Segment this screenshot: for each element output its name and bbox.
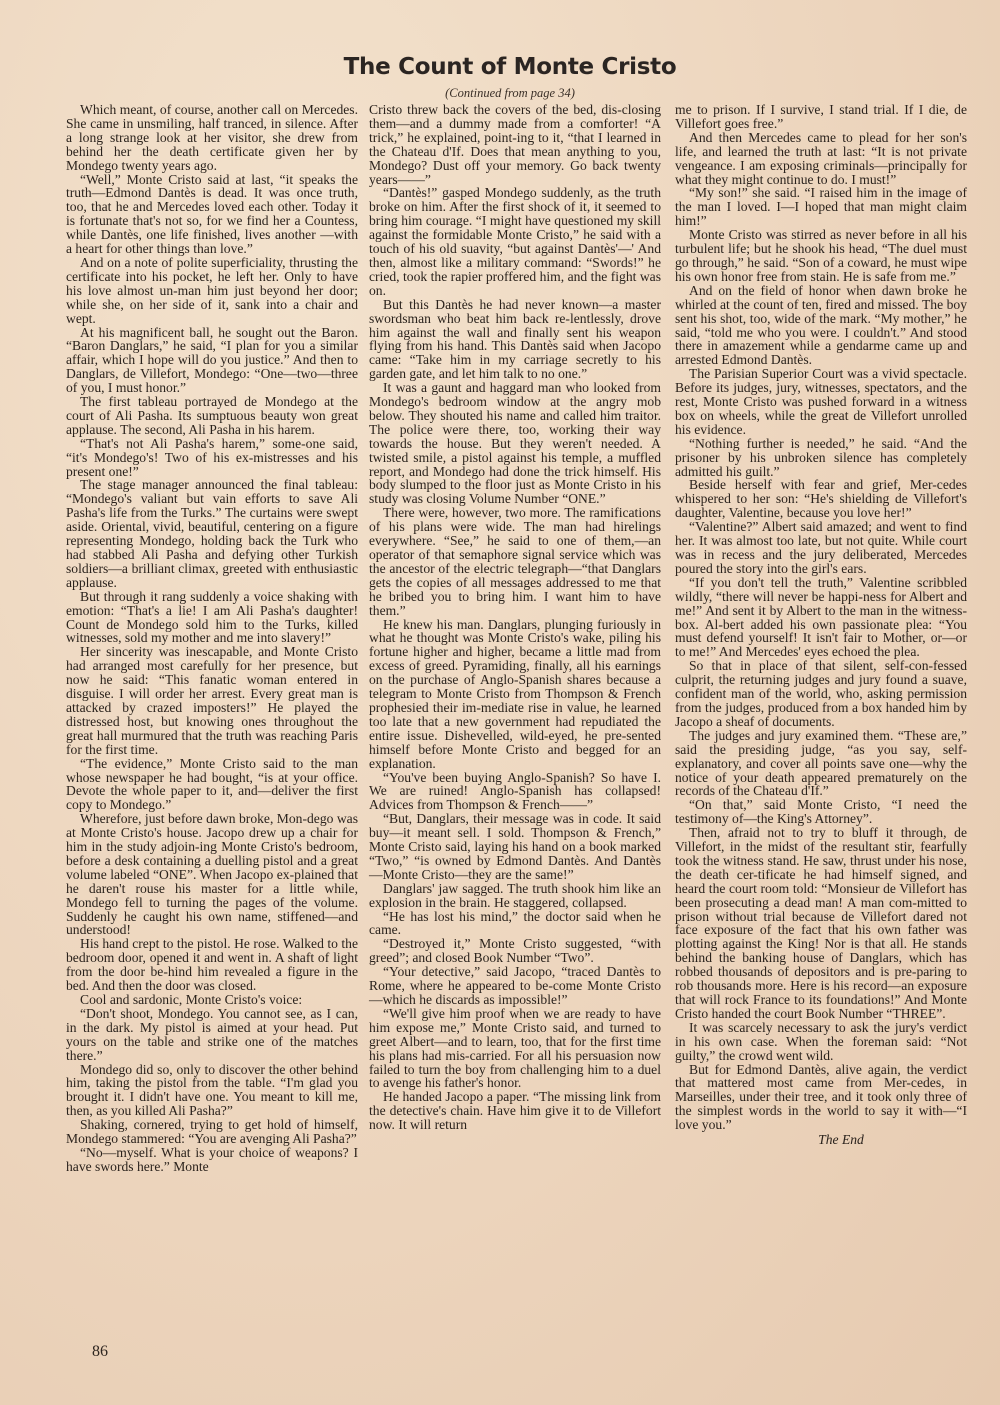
article-title: The Count of Monte Cristo	[340, 54, 680, 80]
column-middle: Cristo threw back the covers of the bed,…	[369, 103, 661, 1132]
column-left: Which meant, of course, another call on …	[66, 103, 358, 1174]
paragraph: “He has lost his mind,” the doctor said …	[369, 910, 661, 938]
paragraph: “We'll give him proof when we are ready …	[369, 1007, 661, 1090]
paragraph: His hand crept to the pistol. He rose. W…	[66, 937, 358, 993]
paragraph: Beside herself with fear and grief, Mer-…	[675, 478, 967, 520]
paragraph: “Valentine?” Albert said amazed; and wen…	[675, 520, 967, 576]
paragraph: “If you don't tell the truth,” Valentine…	[675, 576, 967, 659]
magazine-page: The Count of Monte Cristo (Continued fro…	[0, 0, 1000, 1405]
paragraph: There were, however, two more. The ramif…	[369, 506, 661, 617]
paragraph: He knew his man. Danglars, plunging furi…	[369, 618, 661, 771]
paragraph: Cristo threw back the covers of the bed,…	[369, 103, 661, 186]
paragraph: At his magnificent ball, he sought out t…	[66, 326, 358, 396]
paragraph: The stage manager announced the final ta…	[66, 478, 358, 589]
paragraph: So that in place of that silent, self-co…	[675, 659, 967, 729]
paragraph: But for Edmond Dantès, alive again, the …	[675, 1063, 967, 1133]
paragraph: “No—myself. What is your choice of weapo…	[66, 1146, 358, 1174]
paragraph: Danglars' jaw sagged. The truth shook hi…	[369, 882, 661, 910]
paragraph: “But, Danglars, their message was in cod…	[369, 812, 661, 882]
paragraph: And on the field of honor when dawn brok…	[675, 284, 967, 367]
paragraph: Then, afraid not to try to bluff it thro…	[675, 826, 967, 1021]
page-number: 86	[92, 1343, 108, 1361]
paragraph: But through it rang suddenly a voice sha…	[66, 590, 358, 646]
paragraph: Which meant, of course, another call on …	[66, 103, 358, 173]
paragraph: And then Mercedes came to plead for her …	[675, 131, 967, 187]
paragraph: He handed Jacopo a paper. “The missing l…	[369, 1090, 661, 1132]
paragraph: “You've been buying Anglo-Spanish? So ha…	[369, 771, 661, 813]
paragraph: “That's not Ali Pasha's harem,” some-one…	[66, 437, 358, 479]
paragraph: “Your detective,” said Jacopo, “traced D…	[369, 965, 661, 1007]
paragraph: “My son!” she said. “I raised him in the…	[675, 186, 967, 228]
paragraph: Monte Cristo was stirred as never before…	[675, 228, 967, 284]
paragraph: “Nothing further is needed,” he said. “A…	[675, 437, 967, 479]
paragraph: “On that,” said Monte Cristo, “I need th…	[675, 798, 967, 826]
paragraph: Wherefore, just before dawn broke, Mon-d…	[66, 812, 358, 937]
paragraph: me to prison. If I survive, I stand tria…	[675, 103, 967, 131]
paragraph: “Dantès!” gasped Mondego suddenly, as th…	[369, 186, 661, 297]
paragraph: “Don't shoot, Mondego. You cannot see, a…	[66, 1007, 358, 1063]
paragraph: The Parisian Superior Court was a vivid …	[675, 367, 967, 437]
paragraph: The judges and jury examined them. “Thes…	[675, 729, 967, 799]
paragraph: “Destroyed it,” Monte Cristo suggested, …	[369, 937, 661, 965]
column-right: me to prison. If I survive, I stand tria…	[675, 103, 967, 1147]
paragraph: Cool and sardonic, Monte Cristo's voice:	[66, 993, 358, 1007]
paragraph: And on a note of polite superficiality, …	[66, 256, 358, 326]
paragraph: It was a gaunt and haggard man who looke…	[369, 381, 661, 506]
paragraph: It was scarcely necessary to ask the jur…	[675, 1021, 967, 1063]
paragraph: But this Dantès he had never known—a mas…	[369, 298, 661, 381]
paragraph: “The evidence,” Monte Cristo said to the…	[66, 757, 358, 813]
paragraph: Mondego did so, only to discover the oth…	[66, 1063, 358, 1119]
end-mark: The End	[675, 1133, 967, 1147]
paragraph: The first tableau portrayed de Mondego a…	[66, 395, 358, 437]
paragraph: “Well,” Monte Cristo said at last, “it s…	[66, 173, 358, 256]
paragraph: Shaking, cornered, trying to get hold of…	[66, 1118, 358, 1146]
paragraph: Her sincerity was inescapable, and Monte…	[66, 645, 358, 756]
continued-note: (Continued from page 34)	[340, 86, 680, 101]
